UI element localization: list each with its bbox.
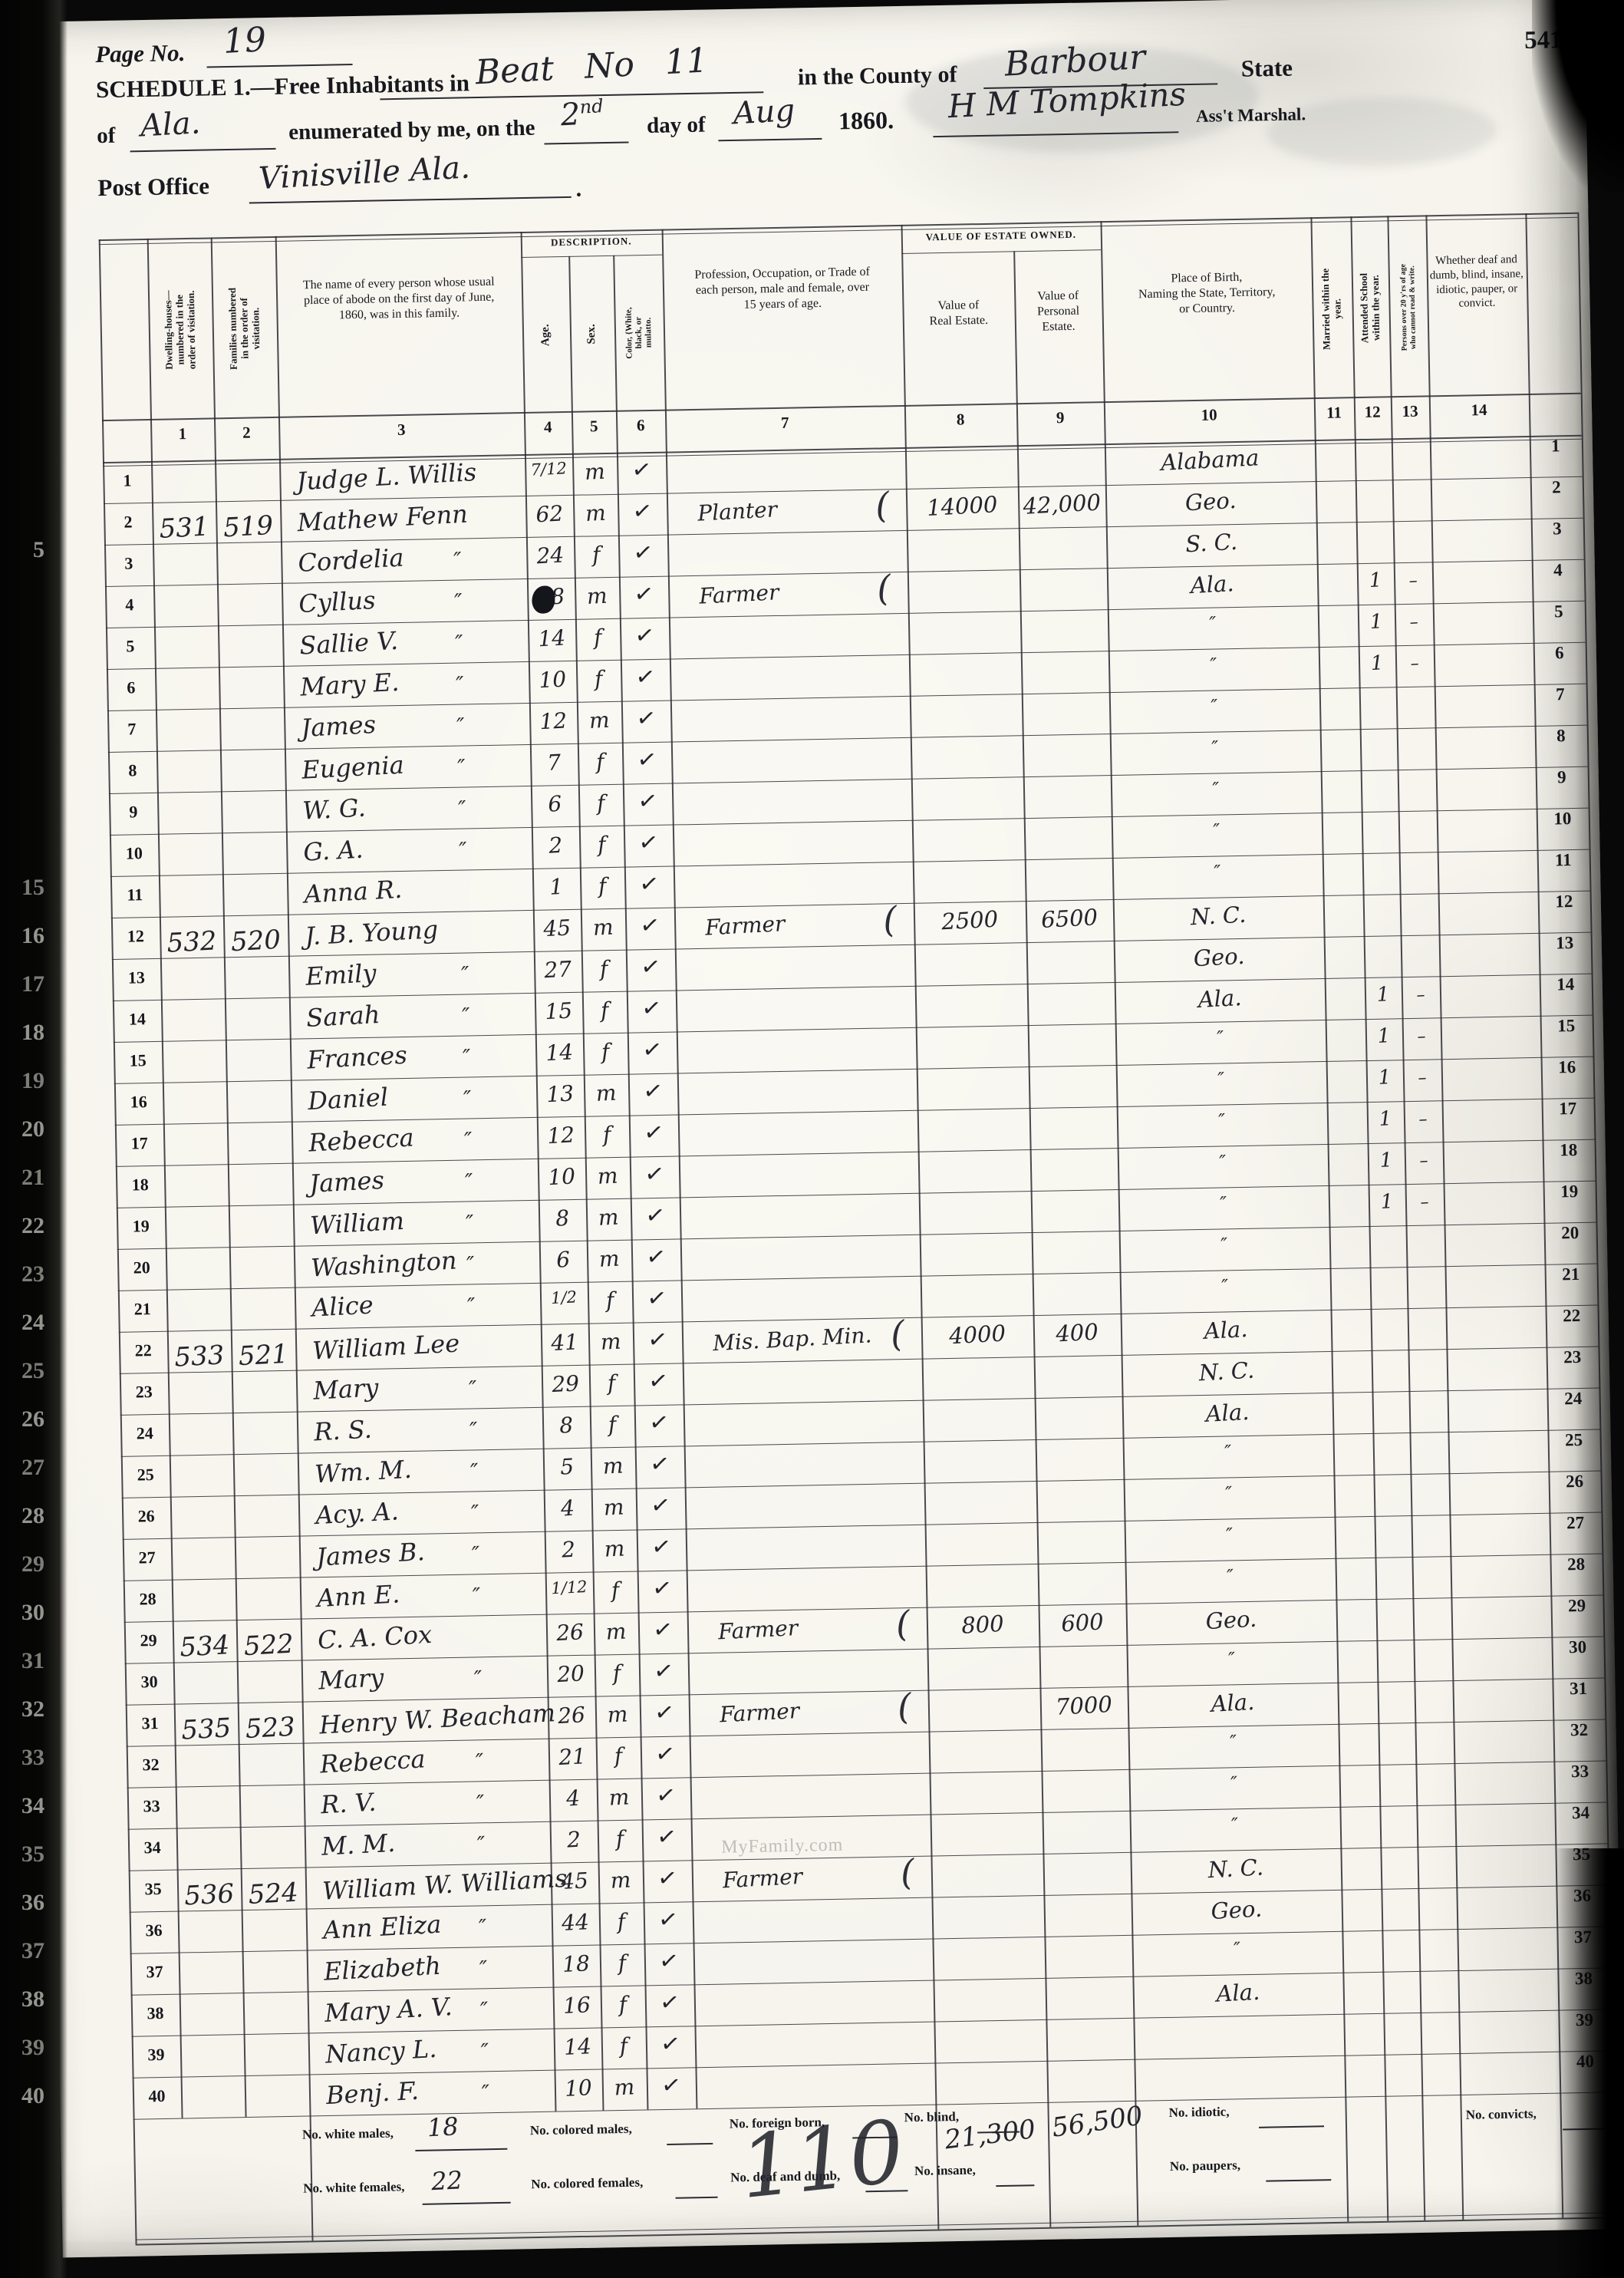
ditto-mark: ″ [458,837,467,863]
row-number-left: 8 [108,760,156,781]
row-number-left: 15 [114,1050,162,1071]
color-checkmark: ✓ [618,578,670,612]
age-value: 16 [552,1991,601,2019]
birthplace-value: ″ [1110,731,1321,764]
sex-value: f [589,1411,635,1439]
sex-value: f [595,1742,641,1770]
age-value: 2 [549,1825,598,1853]
sex-value: f [598,1907,644,1935]
color-checkmark: ✓ [641,1821,693,1854]
ditto-mark: ″ [476,1790,485,1816]
dwelling-number: 536 [176,1878,242,1912]
occupation-value: Farmer [698,579,779,608]
birthplace-value: Geo. [1113,938,1324,976]
adjacent-page-row-number: 30 [5,1600,44,1626]
sex-value: f [600,1990,646,2018]
family-number: 523 [237,1711,303,1745]
scanned-census-page: Page No. 19 SCHEDULE 1.—Free Inhabitants… [0,0,1624,2278]
age-value: 1 [532,873,581,901]
sex-value: m [601,2073,647,2101]
person-name: James B. [315,1537,425,1571]
ditto-mark: ″ [463,1127,473,1153]
ditto-mark: ″ [469,1459,479,1485]
ditto-mark: ″ [479,1997,489,2023]
sex-value: f [581,997,628,1024]
post-office-value: Vinisville Ala. [258,150,471,196]
person-name: Eugenia [301,750,404,785]
person-name: Acy. A. [315,1496,399,1530]
ditto-mark: ″ [456,754,466,780]
ditto-mark: ″ [461,1003,470,1029]
column-number: 8 [904,409,1016,430]
birthplace-value: ″ [1112,855,1323,888]
ink-flourish: ( [876,567,892,609]
table-rule [136,2217,1615,2246]
person-name: Benj. F. [325,2076,420,2110]
ditto-mark: ″ [457,796,466,822]
person-name: Daniel [307,1083,389,1116]
age-value: 4 [548,1785,598,1812]
idiotic-label: No. idiotic, [1168,2105,1229,2121]
tally-mark: 110 [735,2102,908,2218]
ruled-blank [249,196,572,204]
year-value: 1860. [838,106,894,135]
sex-value: f [575,665,621,693]
ditto-mark: ″ [456,713,466,739]
color-checkmark: ✓ [629,1199,681,1233]
birthplace-value: ″ [1119,1270,1330,1303]
age-value: 8 [538,1205,587,1232]
color-checkmark: ✓ [626,1034,678,1067]
header-personal-estate: Value of Personal Estate. [1014,288,1102,335]
ink-flourish: ( [890,1313,906,1355]
ditto-mark: ″ [475,1749,484,1775]
header-dwelling-number: Dwelling-houses— numbered in the order o… [147,242,214,417]
person-name: Judge L. Willis [296,457,477,496]
table-rule [1460,2095,1463,2220]
birthplace-value: N. C. [1121,1353,1332,1390]
age-value: 6 [530,790,579,818]
sex-value: m [590,1452,636,1480]
ditto-mark: ″ [466,1251,475,1277]
post-office-label: Post Office [97,172,209,202]
cannot-read-dash: – [1404,1150,1443,1172]
ruled-blank [415,2148,507,2151]
real-estate-value: 800 [926,1608,1039,1640]
ruled-blank [933,131,1178,137]
scan-corner-bottom-right [1555,1848,1624,2278]
color-checkmark: ✓ [634,1448,686,1482]
person-name: R. V. [320,1788,377,1820]
sex-value: m [576,707,622,734]
row-number-left: 3 [104,553,153,574]
person-name: Mary E. [299,668,400,702]
ditto-mark: ″ [465,1210,474,1236]
header-deaf-dumb: Whether deaf and dumb, blind, insane, id… [1426,252,1527,312]
adjacent-page-row-number: 21 [5,1165,44,1191]
person-name: Sallie V. [298,626,398,661]
color-checkmark: ✓ [640,1779,692,1813]
person-name: Ann E. [316,1579,400,1613]
person-name: Nancy L. [324,2034,437,2069]
age-value: 10 [537,1163,586,1191]
enumerated-label: enumerated by me, on the [288,116,535,146]
adjacent-page-row-number: 26 [5,1406,44,1432]
cannot-read-dash: – [1402,1026,1441,1047]
birthplace-value: Geo. [1125,1601,1336,1639]
sex-value: f [601,2032,647,2059]
row-number-left: 13 [112,968,160,988]
person-name: Cyllus [298,585,376,618]
age-value: 1/12 [545,1577,593,1598]
color-checkmark: ✓ [624,909,676,943]
county-label: in the County of [798,62,957,91]
ink-blot [532,585,555,614]
birthplace-value: Geo. [1105,483,1316,520]
header-name: The name of every person whose usual pla… [276,274,522,325]
sex-value: f [578,831,624,859]
ruled-blank [718,138,822,141]
age-value: 24 [525,542,575,569]
person-name: Rebecca [308,1123,414,1157]
paupers-label: No. paupers, [1170,2158,1240,2174]
age-value: 41 [540,1329,589,1357]
person-name: R. S. [313,1415,372,1447]
cannot-read-dash: – [1405,1192,1444,1213]
ruled-blank [667,2143,713,2145]
adjacent-page-row-number: 33 [5,1745,44,1771]
row-number-left: 10 [110,843,158,864]
ditto-mark: ″ [478,1914,487,1940]
row-number-left: 4 [105,595,153,615]
column-number: 9 [1016,407,1104,428]
blind-label: No. blind, [904,2109,960,2125]
birthplace-value: ″ [1116,1104,1327,1137]
adjacent-page-row-number: 34 [5,1793,44,1819]
ruled-blank [1266,2179,1331,2182]
birthplace-value: Ala. [1127,1684,1338,1722]
sex-value: m [580,914,626,941]
age-value: 18 [552,1950,601,1977]
adjacent-page-row-number: 36 [5,1890,44,1916]
ditto-mark: ″ [463,1086,472,1112]
state-label: State [1241,54,1293,83]
color-checkmark: ✓ [636,1572,688,1606]
row-number-left: 24 [120,1423,169,1444]
person-name: Elizabeth [323,1951,441,1986]
age-value: 45 [532,915,581,942]
header-value-band: Value of Estate Owned. [901,228,1101,244]
adjacent-page-row-number: 28 [5,1503,44,1529]
attended-school-mark: 1 [1364,982,1402,1007]
adjacent-page-row-number: 39 [5,2035,44,2061]
occupation-value: Farmer [719,1698,800,1727]
sex-value: f [577,748,623,776]
personal-estate-value: 600 [1038,1607,1127,1638]
color-checkmark: ✓ [617,536,669,570]
row-number-left: 33 [127,1796,176,1817]
state-value: Ala. [140,105,202,143]
header-sex: Sex. [568,259,616,410]
birthplace-value: ″ [1122,1436,1333,1469]
district-value: Beat No 11 [475,41,710,92]
ditto-mark: ″ [470,1500,479,1526]
attended-school-mark: 1 [1368,1189,1406,1215]
attended-school-mark: 1 [1365,1065,1404,1090]
marshal-title: Ass't Marshal. [1196,104,1306,127]
age-value: 2 [531,832,580,859]
personal-estate-total: 56,500 [1050,2101,1145,2144]
color-checkmark: ✓ [621,743,673,777]
color-checkmark: ✓ [620,702,672,736]
of-label: of [97,124,116,149]
white-males-total: 18 [427,2112,460,2142]
sex-value: f [582,1038,628,1066]
header-occupation: Profession, Occupation, or Trade of each… [662,264,902,315]
sex-value: m [593,1618,639,1646]
watermark: MyFamily.com [721,1835,844,1858]
age-value: 5 [542,1453,591,1481]
adjacent-page-row-number: 29 [5,1551,44,1577]
person-name: Alice [311,1290,374,1322]
birthplace-value: ″ [1111,773,1322,806]
birthplace-value: ″ [1115,1021,1326,1054]
age-value: 20 [546,1660,595,1688]
color-checkmark: ✓ [637,1655,690,1689]
row-number-left: 17 [115,1133,163,1154]
person-name: Anna R. [303,875,403,909]
table-rule [1345,2097,1348,2222]
person-name: Mary A. V. [324,1992,453,2028]
attended-school-mark: 1 [1358,651,1396,676]
color-checkmark: ✓ [635,1531,687,1564]
cannot-read-dash: – [1403,1109,1442,1130]
row-number-left: 29 [124,1630,173,1651]
row-number-left: 11 [110,885,159,905]
column-number: 4 [524,417,572,437]
ditto-mark: ″ [460,961,469,987]
sex-value: f [588,1370,634,1397]
row-number-left: 12 [111,926,160,947]
sex-value: f [597,1825,643,1853]
sex-value: m [574,582,620,610]
person-name: James [300,710,376,743]
sex-value: m [598,1866,644,1894]
color-checkmark: ✓ [631,1282,683,1316]
header-description-band: Description. [521,235,662,250]
column-number: 13 [1391,401,1429,421]
row-number-left: 22 [119,1340,167,1361]
birthplace-value: ″ [1118,1228,1329,1261]
color-checkmark: ✓ [641,1862,693,1896]
header-family-number: Families numbered in the order of visita… [211,242,278,417]
color-checkmark: ✓ [644,1986,696,2020]
color-checkmark: ✓ [619,661,671,694]
ink-flourish: ( [882,898,898,941]
insane-label: No. insane, [914,2163,976,2179]
ruled-blank [996,2184,1034,2187]
row-number-left: 38 [131,2003,180,2024]
age-value: 29 [541,1370,590,1398]
header-color: Color, {White, black, or mulatto. [613,258,665,409]
table-rule [1385,2096,1388,2221]
row-number-left: 14 [113,1009,161,1030]
row-number-left: 19 [117,1216,165,1237]
census-sheet: Page No. 19 SCHEDULE 1.—Free Inhabitants… [21,0,1624,2257]
birthplace-value: ″ [1126,1643,1337,1676]
color-checkmark: ✓ [644,2028,697,2062]
color-checkmark: ✓ [627,1075,679,1109]
person-name: Sarah [305,1000,380,1033]
row-number-left: 1 [103,470,151,491]
age-value: 10 [554,2074,603,2102]
ditto-mark: ″ [473,1666,483,1692]
person-name: Mary [312,1373,379,1405]
ditto-mark: ″ [468,1376,477,1402]
person-name: C. A. Cox [317,1620,433,1655]
sex-value: m [585,1162,631,1190]
white-males-label: No. white males, [302,2125,394,2142]
color-checkmark: ✓ [642,1904,694,1937]
column-number: 11 [1314,403,1354,423]
adjacent-page-row-number: 31 [5,1648,44,1674]
census-table: 123456789101112131411Judge L. Willis7/12… [21,0,1584,22]
color-checkmark: ✓ [616,495,668,529]
row-number-left: 9 [109,802,157,823]
column-number: 7 [665,411,904,435]
family-number: 521 [230,1338,296,1372]
ink-flourish: ( [894,1603,911,1645]
color-checkmark: ✓ [615,453,667,487]
ditto-mark: ″ [455,630,464,656]
color-checkmark: ✓ [628,1158,680,1192]
attended-school-mark: 1 [1357,609,1395,635]
age-value: 14 [553,2032,602,2060]
age-value: 27 [533,956,582,984]
adjacent-page-row-number: 17 [5,971,44,997]
age-value: 44 [551,1908,600,1936]
attended-school-mark: 1 [1366,1106,1405,1132]
film-edge-left: 5151617181920212223242526272829303132333… [0,0,68,2278]
sex-value: f [594,1660,640,1687]
adjacent-page-row-number: 32 [5,1696,44,1723]
table-rule [901,249,1101,254]
color-checkmark: ✓ [623,868,675,902]
row-number-left: 25 [121,1465,170,1485]
sex-value: f [578,790,624,817]
day-value: 2nd [560,95,605,133]
header-birthplace: Place of Birth, Naming the State, Territ… [1102,269,1313,318]
sex-value: f [587,1287,633,1314]
row-number-left: 32 [127,1755,175,1775]
birthplace-value: Ala. [1122,1394,1332,1432]
person-name: James [308,1165,384,1198]
column-number: 6 [616,416,665,436]
color-checkmark: ✓ [630,1241,682,1274]
sex-value: f [573,541,619,569]
ditto-mark: ″ [479,1956,488,1982]
ditto-mark: ″ [453,547,463,573]
ruled-blank [676,2197,718,2199]
birthplace-value: ″ [1118,1187,1329,1220]
birthplace-value: N. C. [1112,897,1323,935]
header-age: Age. [521,259,572,410]
birthplace-value: ″ [1132,1933,1342,1966]
adjacent-page-row-number: 40 [5,2083,44,2109]
row-number-left: 18 [116,1175,164,1195]
ink-flourish: ( [899,1851,915,1894]
occupation-value: Farmer [717,1615,799,1644]
ruled-blank [130,148,276,152]
birthplace-value: ″ [1109,690,1320,723]
age-value: 7/12 [525,459,573,480]
marshal-signature: H M Tompkins [947,75,1187,125]
ditto-mark: ″ [454,588,463,615]
age-value: 2 [544,1536,593,1564]
sex-value: f [592,1577,638,1604]
white-females-total: 22 [430,2165,463,2196]
ruled-blank [544,141,628,144]
ruled-blank [423,2202,511,2205]
color-checkmark: ✓ [633,1406,685,1440]
birthplace-value: ″ [1108,607,1319,640]
family-number: 519 [216,509,282,543]
person-name: Cordelia [297,543,404,578]
header-attended-school: Attended School within the year. [1351,221,1391,395]
ditto-mark: ″ [476,1831,486,1858]
row-number-left: 23 [120,1382,168,1403]
column-number: 12 [1354,402,1391,422]
age-value: 14 [527,625,576,652]
age-value: 8 [542,1412,591,1439]
adjacent-page-row-number: 19 [5,1068,44,1094]
month-value: Aug [733,93,796,131]
ink-flourish: ( [896,1686,912,1728]
person-name: Mary [318,1663,384,1695]
row-number-left: 26 [122,1506,170,1527]
table-rule [133,2119,137,2244]
column-number: 14 [1429,400,1529,420]
birthplace-value: N. C. [1130,1850,1341,1887]
person-name: William [309,1206,405,1240]
birthplace-value: ″ [1128,1726,1339,1759]
scan-corner-top-right [1532,0,1624,192]
dwelling-number: 531 [152,511,217,545]
page-no-label: Page No. [95,39,186,68]
sex-value: m [583,1080,629,1107]
ruled-blank [207,64,353,68]
row-number-left: 39 [132,2045,180,2065]
birthplace-value: S. C. [1105,524,1316,562]
age-value: 10 [528,666,577,694]
person-name: Frances [306,1040,407,1075]
cannot-read-dash: – [1402,1067,1441,1089]
table-rule [103,439,1582,466]
person-name: Ann Eliza [322,1910,442,1945]
birthplace-value: Ala. [1114,980,1325,1017]
convicts-label: No. convicts, [1466,2106,1537,2123]
attended-school-mark: 1 [1365,1024,1403,1049]
row-number-left: 7 [107,719,156,740]
person-name: Wm. M. [314,1455,412,1489]
color-checkmark: ✓ [645,2069,697,2103]
person-name: J. B. Young [304,915,439,951]
sex-value: f [575,624,621,651]
color-checkmark: ✓ [643,1945,695,1979]
family-number: 520 [222,924,288,958]
age-value: 6 [539,1246,588,1274]
cannot-read-dash: – [1401,984,1440,1006]
